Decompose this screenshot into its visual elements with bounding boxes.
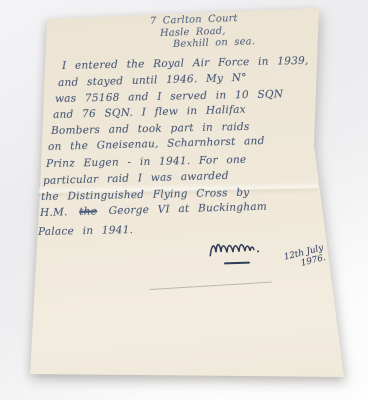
body-line-last: Palace in 1941. [38,224,133,238]
struck-word: the [79,205,97,217]
hm-pre: H.M. [40,206,68,219]
letter-photo: 7 Carlton Court Hasle Road, Bexhill on s… [0,0,368,400]
